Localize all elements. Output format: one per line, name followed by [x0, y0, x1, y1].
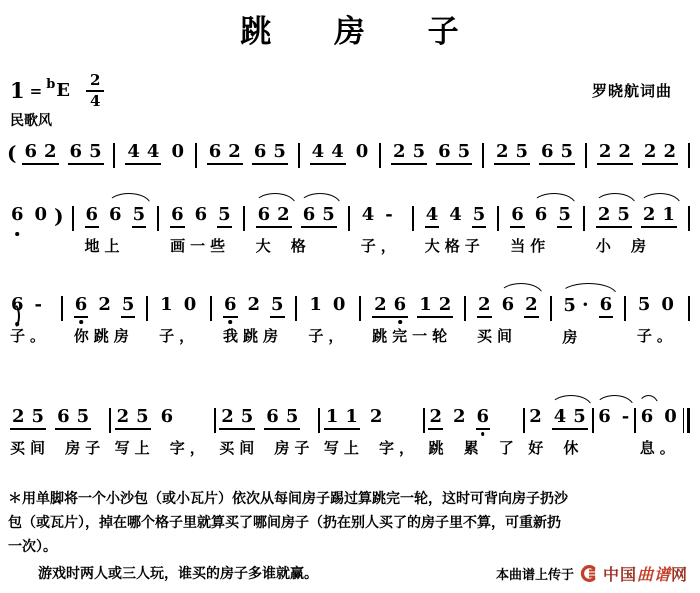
- notes-row: 2565: [10, 408, 105, 430]
- lyric-text: 买间: [477, 325, 539, 346]
- beamed-note-group: 25: [391, 143, 427, 165]
- slur-arc: [254, 193, 296, 205]
- dash-extension: -: [384, 206, 393, 228]
- note-digit: 6: [394, 296, 407, 314]
- slur-arc: [532, 193, 576, 205]
- measure: 10子，: [308, 280, 348, 346]
- lyric-text: 大 格: [256, 235, 337, 256]
- barline: [379, 143, 381, 168]
- note-digit: 4: [361, 206, 376, 228]
- augmentation-dot: ·: [582, 294, 589, 316]
- site-logo-icon[interactable]: [579, 564, 598, 583]
- sheet-music-page: 跳 房 子 1 = b E 2 4 罗晓航词曲 民歌风 (62654406265…: [0, 0, 700, 593]
- rest-note: 0: [332, 296, 347, 318]
- notes-row: 2565: [494, 143, 575, 165]
- note-digit: 5: [273, 143, 286, 161]
- slur-arc: [560, 283, 617, 295]
- lyric-text: 子。: [637, 325, 677, 346]
- notes-row: 50: [637, 296, 677, 318]
- beamed-note-group: 22: [642, 143, 678, 165]
- measure: 60息。: [640, 392, 680, 458]
- footnote-line-3: 一次）。: [8, 534, 694, 558]
- barline: [592, 408, 594, 433]
- note-digit: 6: [10, 206, 25, 228]
- measure: 445大格子: [425, 190, 487, 256]
- barline: [109, 408, 111, 433]
- note-digit: 2: [374, 296, 387, 314]
- slur-arc: [499, 283, 543, 295]
- note-digit: 2: [618, 143, 631, 161]
- beamed-note-group: 12: [417, 296, 453, 318]
- note-digit: 6: [160, 408, 175, 430]
- note-digit: 5: [270, 296, 285, 318]
- barline: [359, 296, 361, 321]
- note-digit: 2: [477, 296, 492, 318]
- beamed-note-group: 62: [256, 206, 292, 228]
- note-digit: 2: [528, 408, 543, 430]
- beamed-note-group: 65: [68, 143, 104, 165]
- measure: 2521小 房: [596, 190, 677, 256]
- note-digit: 2: [221, 408, 234, 426]
- site-name-pre: 中国: [603, 567, 637, 584]
- slur-arc: [639, 193, 681, 205]
- measure: 60): [10, 190, 61, 235]
- note-digit: 5: [217, 206, 232, 228]
- note-digit: 6: [303, 206, 316, 224]
- lyric-text: 小 房: [596, 235, 677, 256]
- note-digit: 6: [599, 296, 614, 318]
- barline: [464, 296, 466, 321]
- note-digit: 2: [599, 143, 612, 161]
- barline: [298, 143, 300, 168]
- slur-arc: [595, 395, 634, 407]
- dash-extension: -: [34, 296, 43, 318]
- note-digit: 2: [524, 296, 539, 318]
- score-line-2: 60)665地上665画一些6265大 格4-子，445大格子665当作2521…: [10, 190, 690, 256]
- rest-note: 0: [34, 206, 49, 228]
- measure: 625我跳房: [223, 280, 285, 346]
- beamed-note-group: 62: [22, 143, 58, 165]
- slur-arc: [107, 193, 151, 205]
- note-digit: 2: [428, 408, 443, 430]
- barline: [482, 143, 484, 168]
- beamed-note-group: 65: [252, 143, 288, 165]
- note-digit: 5: [573, 408, 586, 426]
- notes-row: 6-: [597, 408, 630, 430]
- notes-row: 665: [170, 206, 232, 228]
- note-digit: 4: [448, 206, 463, 228]
- beamed-note-group: 65: [55, 408, 91, 430]
- lyric-text: 你跳房: [74, 325, 136, 346]
- notes-row: (6265: [10, 143, 104, 165]
- site-name-mid: 曲谱: [637, 567, 671, 584]
- barline: [688, 143, 690, 168]
- measure: 50子。: [637, 280, 677, 346]
- slur-arc: [594, 193, 636, 205]
- note-digit: 4: [425, 206, 440, 228]
- site-name[interactable]: 中国曲谱网: [603, 562, 688, 585]
- measure: 226跳 累 了: [428, 392, 518, 458]
- site-name-post: 网: [671, 567, 688, 584]
- slur-arc: [550, 395, 592, 407]
- measure: 112写上 字，: [324, 392, 419, 458]
- barline: [423, 408, 425, 433]
- barline: [146, 296, 148, 321]
- measure: 2612跳完一轮: [372, 280, 453, 346]
- note-digit: 5: [241, 408, 254, 426]
- footnote-line-2: 包（或瓦片），掉在哪个格子里就算买了哪间房子（扔在别人买了的房子里不算，可重新扔: [8, 510, 694, 534]
- notes-row: 2222: [597, 143, 678, 165]
- game-note: 游戏时两人或三人玩，谁买的房子多谁就赢。: [38, 563, 318, 583]
- notes-row: 226: [428, 408, 518, 430]
- note-digit: 5: [322, 206, 335, 224]
- beamed-note-group: 65: [301, 206, 337, 228]
- measure: 5·6房: [562, 280, 613, 347]
- notes-row: 440: [310, 143, 370, 165]
- notes-row: 60): [10, 206, 61, 228]
- note-digit: 5: [286, 408, 299, 426]
- notes-row: 10: [159, 296, 199, 318]
- note-digit: 6: [170, 206, 185, 228]
- rest-note: 0: [170, 143, 185, 165]
- measure: 4-子，: [361, 190, 401, 256]
- note-digit: 6: [510, 206, 525, 228]
- note-digit: 4: [554, 408, 567, 426]
- lyric-text: 子，: [308, 325, 348, 346]
- note-digit: 1: [326, 408, 339, 426]
- note-digit: 5: [561, 143, 574, 161]
- measure: 665当作: [510, 190, 572, 256]
- barline: [634, 408, 636, 433]
- score-line-4: 2565买间 房子256写上 字，2565买间 房子112写上 字，226跳 累…: [10, 392, 690, 458]
- barline: [688, 206, 690, 231]
- note-digit: 1: [662, 206, 675, 224]
- measure: 6265大 格: [256, 190, 337, 256]
- beamed-note-group: 62: [207, 143, 243, 165]
- notes-row: 10: [308, 296, 348, 318]
- note-digit: 6: [541, 143, 554, 161]
- measure: 262买间: [477, 280, 539, 346]
- note-digit: 5: [458, 143, 471, 161]
- note-digit: 4: [331, 143, 344, 161]
- note-digit: 2: [598, 206, 611, 224]
- lyric-text: 跳完一轮: [372, 325, 453, 346]
- barline: [113, 143, 115, 168]
- lyric-text: 好 休: [528, 437, 588, 458]
- beamed-note-group: 21: [641, 206, 677, 228]
- barline: [195, 143, 197, 168]
- note-digit: 1: [159, 296, 174, 318]
- barline: [497, 206, 499, 231]
- beamed-note-group: 65: [436, 143, 472, 165]
- measure: 440: [125, 138, 185, 165]
- note-digit: 2: [644, 143, 657, 161]
- note-digit: 6: [194, 206, 209, 228]
- notes-row: 262: [477, 296, 539, 318]
- notes-row: 5·6: [562, 296, 613, 319]
- note-digit: 2: [369, 408, 384, 430]
- lyric-text: 子，: [361, 235, 401, 256]
- barline: [318, 408, 320, 433]
- note-digit: 6: [640, 408, 655, 430]
- note-digit: 2: [228, 143, 241, 161]
- notes-row: 2565: [219, 408, 314, 430]
- barline: [550, 296, 552, 321]
- note-digit: 6: [534, 206, 549, 228]
- measure: 665地上: [85, 190, 147, 256]
- score-line-3: 6-子。625你跳房10子，625我跳房10子，2612跳完一轮262买间5·6…: [10, 280, 690, 347]
- measure: 256写上 字，: [115, 392, 210, 458]
- rest-note: 0: [355, 143, 370, 165]
- note-digit: 2: [117, 408, 130, 426]
- note-digit: 2: [643, 206, 656, 224]
- note-digit: 5: [617, 206, 630, 224]
- notes-row: 665: [85, 206, 147, 228]
- note-digit: 5: [557, 206, 572, 228]
- beamed-note-group: 11: [324, 408, 360, 430]
- rest-note: 0: [183, 296, 198, 318]
- beamed-note-group: 25: [494, 143, 530, 165]
- note-digit: 2: [44, 143, 57, 161]
- notes-row: 6265: [256, 206, 337, 228]
- barline: [157, 206, 159, 231]
- slur-arc: [638, 395, 659, 407]
- note-digit: 6: [597, 408, 612, 430]
- note-digit: 6: [266, 408, 279, 426]
- note-digit: 6: [57, 408, 70, 426]
- barline: [243, 206, 245, 231]
- measure: 2565买间 房子: [10, 392, 105, 458]
- notes-row: 60: [640, 408, 680, 430]
- barline: [214, 408, 216, 433]
- beamed-note-group: 25: [596, 206, 632, 228]
- barline: [523, 408, 525, 433]
- final-barline: [683, 408, 690, 433]
- upload-credit: 本曲谱上传于 中国曲谱网: [496, 562, 688, 585]
- measure: 2565买间 房子: [219, 392, 314, 458]
- note-digit: 5: [77, 408, 90, 426]
- measure: 6265: [207, 138, 288, 165]
- barline: [583, 206, 585, 231]
- score-line-1: (62654406265440256525652222: [10, 138, 690, 168]
- note-digit: 6: [108, 206, 123, 228]
- note-digit: 5: [136, 408, 149, 426]
- note-digit: 5: [132, 206, 147, 228]
- note-digit: 6: [209, 143, 222, 161]
- barline: [61, 296, 63, 321]
- lyric-text: 我跳房: [223, 325, 285, 346]
- rest-note: 0: [663, 408, 678, 430]
- measure: 2565: [391, 138, 472, 165]
- note-digit: 2: [277, 206, 290, 224]
- measure: 665画一些: [170, 190, 232, 256]
- lyric-text: 息。: [640, 437, 680, 458]
- lyric-text: 大格子: [425, 235, 487, 256]
- beamed-note-group: 25: [115, 408, 151, 430]
- note-digit: 6: [85, 206, 100, 228]
- lyric-text: 买间 房子: [219, 437, 314, 458]
- beamed-note-group: 25: [219, 408, 255, 430]
- lyric-text: 房: [562, 326, 613, 347]
- lyric-text: 买间 房子: [10, 437, 105, 458]
- notes-row: 112: [324, 408, 419, 430]
- note-digit: 1: [345, 408, 358, 426]
- notes-row: 445: [425, 206, 487, 228]
- notes-row: 2565: [391, 143, 472, 165]
- note-digit: 6: [254, 143, 267, 161]
- barline: [624, 296, 626, 321]
- notes-row: 6265: [207, 143, 288, 165]
- note-digit: 1: [419, 296, 432, 314]
- measure: 245好 休: [528, 392, 588, 458]
- note-digit: 2: [393, 143, 406, 161]
- measure: 10子，: [159, 280, 199, 346]
- notes-row: 245: [528, 408, 588, 430]
- measure: 625你跳房: [74, 280, 136, 346]
- rest-note: 0: [660, 296, 675, 318]
- note-digit: 2: [496, 143, 509, 161]
- notes-row: 440: [125, 143, 185, 165]
- close-paren: ): [54, 206, 63, 228]
- rules-footnote: ＊用单脚将一个小沙包（或小瓦片）依次从每间房子踢过算跳完一轮，这时可背向房子扔沙…: [8, 486, 694, 558]
- lyric-text: 当作: [510, 235, 572, 256]
- measure: (6265: [10, 138, 104, 165]
- note-digit: 2: [12, 408, 25, 426]
- notes-row: 665: [510, 206, 572, 228]
- note-digit: 6: [501, 296, 516, 318]
- note-digit: 4: [147, 143, 160, 161]
- measure: 2565: [494, 138, 575, 165]
- beamed-note-group: 45: [552, 408, 588, 430]
- barline: [295, 296, 297, 321]
- footnote-line-1: ＊用单脚将一个小沙包（或小瓦片）依次从每间房子踢过算跳完一轮，这时可背向房子扔沙: [8, 486, 694, 510]
- note-digit: 2: [247, 296, 262, 318]
- note-digit: 6: [476, 408, 491, 430]
- note-digit: 4: [127, 143, 140, 161]
- slur-arc: [299, 193, 341, 205]
- measure: 2222: [597, 138, 678, 165]
- note-digit: 5: [32, 408, 45, 426]
- lyric-text: 地上: [85, 235, 147, 256]
- note-digit: 6: [10, 296, 25, 318]
- note-digit: 2: [452, 408, 467, 430]
- note-digit: 6: [258, 206, 271, 224]
- note-digit: 5: [472, 206, 487, 228]
- measure: 6-子。: [10, 280, 50, 346]
- lyric-text: 写上 字，: [324, 437, 419, 458]
- notes-row: 256: [115, 408, 210, 430]
- note-digit: 5: [515, 143, 528, 161]
- lyric-text: 写上 字，: [115, 437, 210, 458]
- notes-row: 6-: [10, 296, 50, 318]
- measure: 440: [310, 138, 370, 165]
- note-digit: 5: [89, 143, 102, 161]
- note-digit: 2: [97, 296, 112, 318]
- note-digit: 6: [74, 296, 89, 318]
- beamed-note-group: 44: [310, 143, 346, 165]
- open-paren: (: [7, 143, 16, 165]
- beamed-note-group: 65: [264, 408, 300, 430]
- beamed-note-group: 26: [372, 296, 408, 318]
- lyric-text: 画一些: [170, 235, 232, 256]
- notes-row: 625: [74, 296, 136, 318]
- note-digit: 6: [70, 143, 83, 161]
- barline: [412, 206, 414, 231]
- note-digit: 6: [438, 143, 451, 161]
- notes-row: 625: [223, 296, 285, 318]
- barline: [72, 206, 74, 231]
- lyric-text: 子。: [10, 325, 50, 346]
- note-digit: 2: [663, 143, 676, 161]
- barline: [688, 296, 690, 321]
- beamed-note-group: 44: [125, 143, 161, 165]
- notes-row: 2521: [596, 206, 677, 228]
- measure: 6-: [597, 392, 630, 437]
- note-digit: 5: [637, 296, 652, 318]
- beamed-note-group: 65: [539, 143, 575, 165]
- beamed-note-group: 22: [597, 143, 633, 165]
- note-digit: 4: [312, 143, 325, 161]
- note-digit: 2: [439, 296, 452, 314]
- note-digit: 6: [223, 296, 238, 318]
- dash-extension: -: [621, 408, 630, 430]
- barline: [210, 296, 212, 321]
- note-digit: 5: [121, 296, 136, 318]
- barline: [585, 143, 587, 168]
- note-digit: 1: [308, 296, 323, 318]
- barline: [348, 206, 350, 231]
- lyric-text: 跳 累 了: [428, 437, 518, 458]
- note-digit: 5·: [562, 296, 589, 319]
- notes-row: 2612: [372, 296, 453, 318]
- note-digit: 6: [24, 143, 37, 161]
- notes-row: 4-: [361, 206, 401, 228]
- credit-prefix: 本曲谱上传于: [496, 564, 574, 583]
- beamed-note-group: 25: [10, 408, 46, 430]
- lyric-text: 子，: [159, 325, 199, 346]
- note-digit: 5: [413, 143, 426, 161]
